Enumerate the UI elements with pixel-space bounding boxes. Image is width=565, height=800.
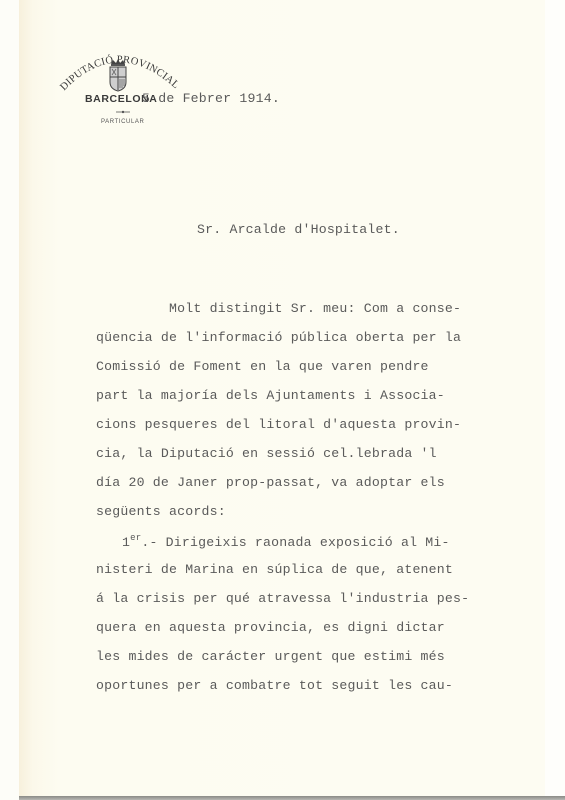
- body-line: les mides de carácter urgent que estimi …: [96, 649, 445, 664]
- item-1-first-line: 1er.- Dirigeixis raonada exposició al Mi…: [122, 533, 450, 550]
- letter-date: 5 de Febrer 1914.: [142, 91, 280, 106]
- body-line: día 20 de Janer prop-passat, va adoptar …: [96, 475, 445, 490]
- scan-edge: [19, 796, 565, 800]
- letterhead-label: PARTICULAR: [101, 119, 144, 125]
- letterhead: DIPUTACIÓ PROVINCIAL BARCELONA PARTICULA…: [55, 40, 185, 135]
- item-1-text: .- Dirigeixis raonada exposició al Mi-: [141, 535, 449, 550]
- addressee: Sr. Arcalde d'Hospitalet.: [197, 222, 400, 237]
- body-line: Comissió de Foment en la que varen pendr…: [96, 359, 429, 374]
- scan-margin: [545, 0, 565, 800]
- item-ordinal: 1: [122, 535, 130, 550]
- ornament-divider-icon: [116, 110, 130, 114]
- body-line: cions pesqueres del litoral d'aquesta pr…: [96, 417, 461, 432]
- body-line: Molt distingit Sr. meu: Com a conse-: [96, 301, 461, 316]
- body-line: següents acords:: [96, 504, 226, 519]
- body-line: qüencia de l'informació pública oberta p…: [96, 330, 461, 345]
- body-line: nisteri de Marina en súplica de que, ate…: [96, 562, 453, 577]
- body-line: oportunes per a combatre tot seguit les …: [96, 678, 453, 693]
- body-line: á la crisis per qué atravessa l'industri…: [96, 591, 469, 606]
- body-line: part la majoría dels Ajuntaments i Assoc…: [96, 388, 445, 403]
- body-line: cia, la Diputació en sessió cel.lebrada …: [96, 446, 437, 461]
- item-ordinal-suffix: er: [130, 533, 141, 543]
- coat-of-arms-icon: [108, 58, 128, 92]
- body-line: quera en aquesta provincia, es digni dic…: [96, 620, 445, 635]
